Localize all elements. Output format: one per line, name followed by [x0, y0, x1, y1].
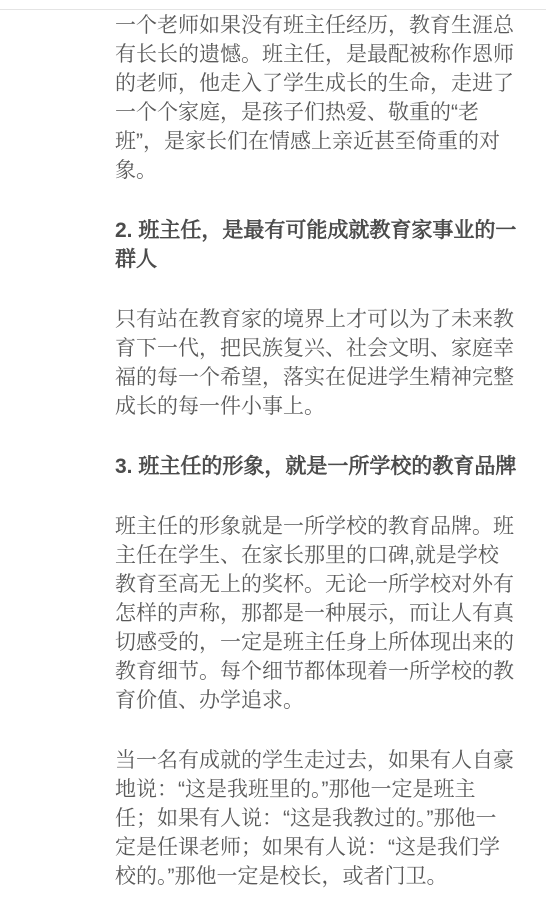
article-body: 一个老师如果没有班主任经历，教育生涯总有长长的遗憾。班主任，是最配被称作恩师的老…: [115, 11, 517, 914]
paragraph-school-brand: 班主任的形象就是一所学校的教育品牌。班主任在学生、在家长那里的口碑,就是学校教育…: [115, 512, 517, 715]
paragraph-teacher-regret: 一个老师如果没有班主任经历，教育生涯总有长长的遗憾。班主任，是最配被称作恩师的老…: [115, 11, 517, 185]
paragraph-educator-vision: 只有站在教育家的境界上才可以为了未来教育下一代，把民族复兴、社会文明、家庭幸福的…: [115, 305, 517, 421]
section-heading-2: 2. 班主任，是最有可能成就教育家事业的一群人: [115, 216, 517, 274]
article-page: 一个老师如果没有班主任经历，教育生涯总有长长的遗憾。班主任，是最配被称作恩师的老…: [0, 0, 546, 914]
paragraph-successful-student: 当一名有成就的学生走过去，如果有人自豪地说：“这是我班里的。”那他一定是班主任；…: [115, 746, 517, 891]
top-divider: [0, 9, 546, 10]
section-heading-3: 3. 班主任的形象，就是一所学校的教育品牌: [115, 452, 517, 481]
